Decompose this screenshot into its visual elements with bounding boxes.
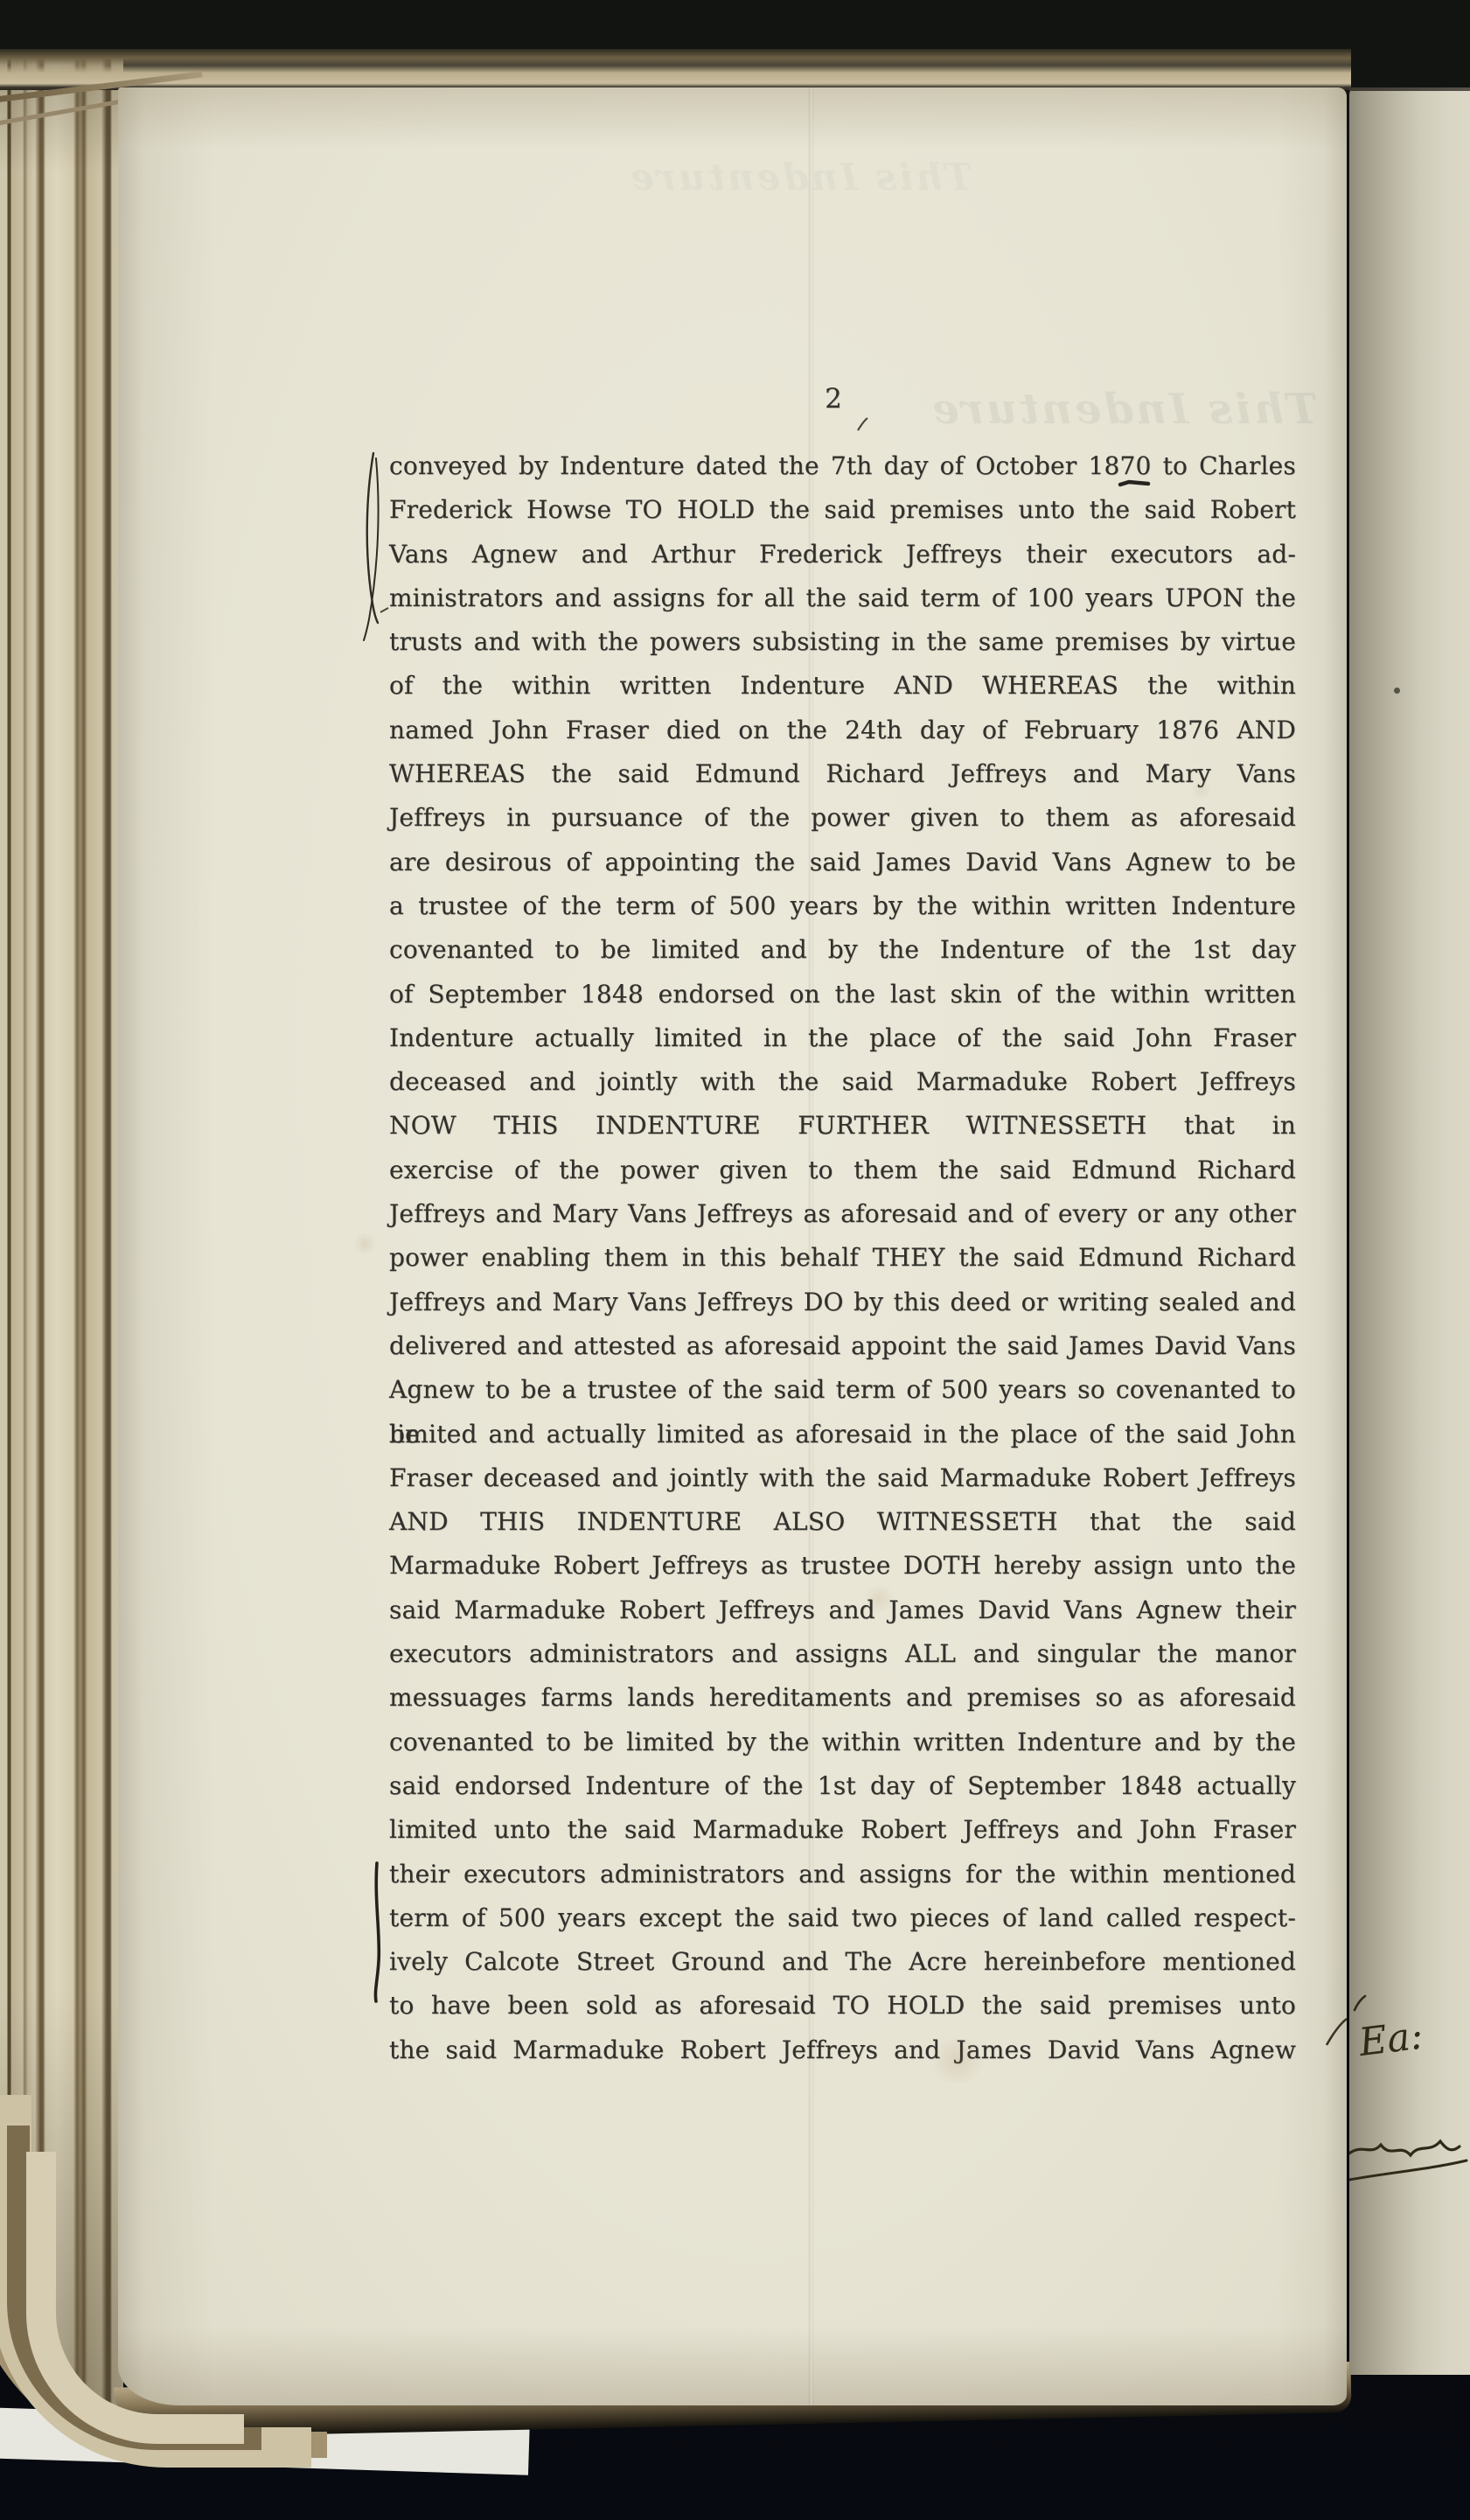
- document-line: limited and actually limited as aforesai…: [389, 1413, 1296, 1456]
- document-line: delivered and attested as aforesaid appo…: [389, 1324, 1296, 1368]
- handwritten-note: Ea:: [1355, 2014, 1425, 2066]
- document-line: are desirous of appointing the said Jame…: [389, 841, 1296, 884]
- document-line: limited unto the said Marmaduke Robert J…: [389, 1808, 1296, 1852]
- document-line: messuages farms lands hereditaments and …: [389, 1676, 1296, 1720]
- page-number: 2: [790, 383, 877, 415]
- document-text-block: conveyed by Indenture dated the 7th day …: [389, 444, 1296, 2072]
- document-line: Marmaduke Robert Jeffreys as trustee DOT…: [389, 1544, 1296, 1588]
- document-line: covenanted to be limited by the within w…: [389, 1721, 1296, 1764]
- signature-underline: [1349, 2160, 1467, 2180]
- book-scan: This Indenture This Indenture 2 conveyed…: [0, 0, 1470, 2520]
- document-line: said Marmaduke Robert Jeffreys and James…: [389, 1588, 1296, 1632]
- document-line: Indenture actually limited in the place …: [389, 1016, 1296, 1060]
- document-line: named John Fraser died on the 24th day o…: [389, 709, 1296, 752]
- margin-bracket-mark: [364, 458, 379, 640]
- document-line: Jeffreys in pursuance of the power given…: [389, 796, 1296, 840]
- document-line: deceased and jointly with the said Marma…: [389, 1060, 1296, 1104]
- document-line: covenanted to be limited and by the Inde…: [389, 928, 1296, 972]
- document-line: power enabling them in this behalf THEY …: [389, 1236, 1296, 1280]
- document-line: ministrators and assigns for all the sai…: [389, 576, 1296, 620]
- handwritten-annotation: Ea:: [1349, 1994, 1470, 2204]
- document-line: said endorsed Indenture of the 1st day o…: [389, 1764, 1296, 1808]
- document-line: trusts and with the powers subsisting in…: [389, 620, 1296, 664]
- ink-speck: [1394, 688, 1400, 694]
- document-line: their executors administrators and assig…: [389, 1853, 1296, 1896]
- page-top-edge: [0, 49, 1351, 90]
- document-line: term of 500 years except the said two pi…: [389, 1896, 1296, 1940]
- document-line: the said Marmaduke Robert Jeffreys and J…: [389, 2028, 1296, 2072]
- document-line: Fraser deceased and jointly with the sai…: [389, 1456, 1296, 1500]
- document-line: Jeffreys and Mary Vans Jeffreys DO by th…: [389, 1281, 1296, 1324]
- signature-scribble: [1349, 2141, 1460, 2156]
- facing-page-edge: Ea:: [1349, 87, 1470, 2375]
- document-line: conveyed by Indenture dated the 7th day …: [389, 444, 1296, 488]
- document-line: WHEREAS the said Edmund Richard Jeffreys…: [389, 752, 1296, 796]
- document-line: AND THIS INDENTURE ALSO WITNESSETH that …: [389, 1500, 1296, 1544]
- document-line: Agnew to be a trustee of the said term o…: [389, 1368, 1296, 1412]
- document-line: Jeffreys and Mary Vans Jeffreys as afore…: [389, 1192, 1296, 1236]
- show-through-ghost-text: This Indenture: [485, 156, 1115, 199]
- document-line: of September 1848 endorsed on the last s…: [389, 973, 1296, 1016]
- document-page: This Indenture This Indenture 2 conveyed…: [118, 87, 1347, 2405]
- show-through-ghost-text: This Indenture: [888, 385, 1360, 434]
- handwriting-flourish: [1355, 1996, 1365, 2010]
- margin-tick: [380, 608, 388, 612]
- small-ink-tick: [858, 418, 867, 430]
- margin-line-mark: [375, 1863, 379, 2001]
- document-line: Vans Agnew and Arthur Frederick Jeffreys…: [389, 533, 1296, 576]
- document-line: Frederick Howse TO HOLD the said premise…: [389, 488, 1296, 532]
- document-line: exercise of the power given to them the …: [389, 1148, 1296, 1192]
- document-line: to have been sold as aforesaid TO HOLD t…: [389, 1984, 1296, 2028]
- document-line: a trustee of the term of 500 years by th…: [389, 884, 1296, 928]
- gutter-flourish: [1327, 2019, 1347, 2045]
- margin-bracket-mark: [367, 453, 378, 623]
- document-line: ively Calcote Street Ground and The Acre…: [389, 1940, 1296, 1984]
- document-line: executors administrators and assigns ALL…: [389, 1632, 1296, 1676]
- document-line: of the within written Indenture AND WHER…: [389, 664, 1296, 708]
- foxing-spot: [352, 1233, 377, 1254]
- document-line: NOW THIS INDENTURE FURTHER WITNESSETH th…: [389, 1104, 1296, 1148]
